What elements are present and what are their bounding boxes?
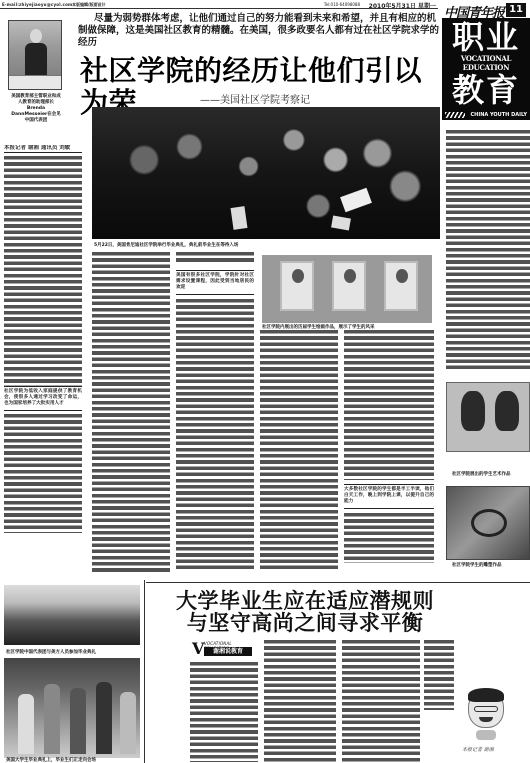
graduation-photo	[92, 107, 440, 239]
section-title-bottom: 教育	[442, 72, 530, 108]
header-phone: Tel:010-64098088	[324, 2, 360, 7]
column-logo-letter: V	[192, 640, 204, 658]
article-text-block	[4, 156, 82, 386]
section-masthead: 中国青年报 11 职业 VOCATIONAL EDUCATION 教育 CHIN…	[442, 2, 530, 124]
pull-quote-center: 美国有很多社区学院，学院针对社区需求设置课程，因此受到当地居民的欢迎	[176, 270, 254, 295]
column-divider	[144, 580, 145, 763]
running-header: E-mail:zhiyejiaoyu@cyol.com 本版编辑/版面设计 Te…	[0, 0, 438, 9]
article-text-block	[344, 330, 434, 480]
article-text-block	[92, 252, 170, 572]
masthead-footer-text: CHINA YOUTH DAILY	[470, 112, 527, 118]
opinion-column-4	[424, 640, 454, 762]
section-title-block: 职业 VOCATIONAL EDUCATION 教育	[442, 18, 530, 110]
article-column-2: 美国有很多社区学院，学院针对社区需求设置课程，因此受到当地居民的欢迎	[176, 252, 254, 572]
article-column-4: 大多数社区学院的学生都是半工半读，他们白天工作，晚上到学院上课，以提升自己的能力	[344, 330, 434, 580]
opinion-column-3	[342, 640, 420, 762]
students-caption: 美国大学生毕业典礼上，毕业生们正走向会场	[6, 758, 138, 763]
section-title-top: 职业	[442, 20, 530, 54]
portrait-exhibit-photo	[262, 255, 432, 323]
section-divider	[146, 582, 530, 583]
pull-quote-left: 社区学院为低收入家庭提供了教育机会，使很多人通过学习改变了命运，也为国家培养了大…	[4, 386, 82, 411]
article-text-block	[446, 130, 530, 370]
column-logo: V VOCATIONAL EDUCATION 谢湘说教育	[192, 640, 252, 658]
masks-photo	[446, 382, 530, 452]
pull-quote-right: 大多数社区学院的学生都是半工半读，他们白天工作，晚上到学院上课，以提升自己的能力	[344, 484, 434, 509]
column-logo-zh: 谢湘说教育	[204, 647, 252, 656]
secondary-headline-line1: 大学毕业生应在适应潜规则	[170, 590, 440, 612]
audience-photo	[4, 585, 140, 645]
author-signature: 本报记者 谢湘	[462, 746, 494, 753]
article-text-block	[344, 513, 434, 563]
graduation-photo-caption: 5月22日，美国肯尼迪社区学院举行毕业典礼，典礼前毕业生在等待入场	[94, 243, 440, 249]
opinion-column-2	[264, 640, 336, 762]
masthead-footer: CHINA YOUTH DAILY	[442, 110, 530, 120]
story-deck: 尽量为弱势群体考虑，让他们通过自己的努力能看到未来和希望，并且有相应的机制做保障…	[78, 13, 440, 49]
article-text-block	[176, 299, 254, 569]
article-text-block	[260, 330, 338, 572]
audience-caption: 社区学院中国代表团与美方人员参加毕业典礼	[6, 650, 138, 656]
author-caricature	[462, 688, 510, 746]
article-column-3	[260, 330, 338, 572]
header-editor: 本版编辑/版面设计	[72, 2, 105, 8]
sculpture-photo	[446, 486, 530, 560]
students-photo	[4, 658, 140, 758]
stripes-decoration-icon	[445, 112, 465, 118]
article-text-block	[4, 414, 82, 533]
byline: 本报记者 谢湘 通讯员 刘敏	[4, 145, 82, 153]
article-column-left: 本报记者 谢湘 通讯员 刘敏 社区学院为低收入家庭提供了教育机会，使很多人通过学…	[4, 145, 82, 533]
masks-caption: 社区学院展出的学生艺术作品	[452, 472, 530, 478]
header-date: 2010年5月31日 星期一	[369, 1, 436, 10]
article-text-block	[176, 252, 254, 264]
secondary-headline-line2: 与坚守高尚之间寻求平衡	[170, 612, 440, 634]
portrait-photo	[8, 20, 62, 90]
header-email: E-mail:zhiyejiaoyu@cyol.com	[2, 2, 72, 7]
article-column-1	[92, 252, 170, 572]
portrait-caption: 美国教育部主管职业和成人教育的助理部长Brenda DannMesseier在会…	[10, 94, 62, 124]
sculpture-caption: 社区学院学生的雕塑作品	[452, 563, 530, 569]
secondary-headline: 大学毕业生应在适应潜规则 与坚守高尚之间寻求平衡	[170, 590, 440, 634]
page-number: 11	[506, 3, 526, 17]
section-title-en: VOCATIONAL EDUCATION	[442, 54, 530, 72]
opinion-column-1	[190, 662, 258, 762]
sub-headline: ——美国社区学院考察记	[200, 91, 310, 106]
